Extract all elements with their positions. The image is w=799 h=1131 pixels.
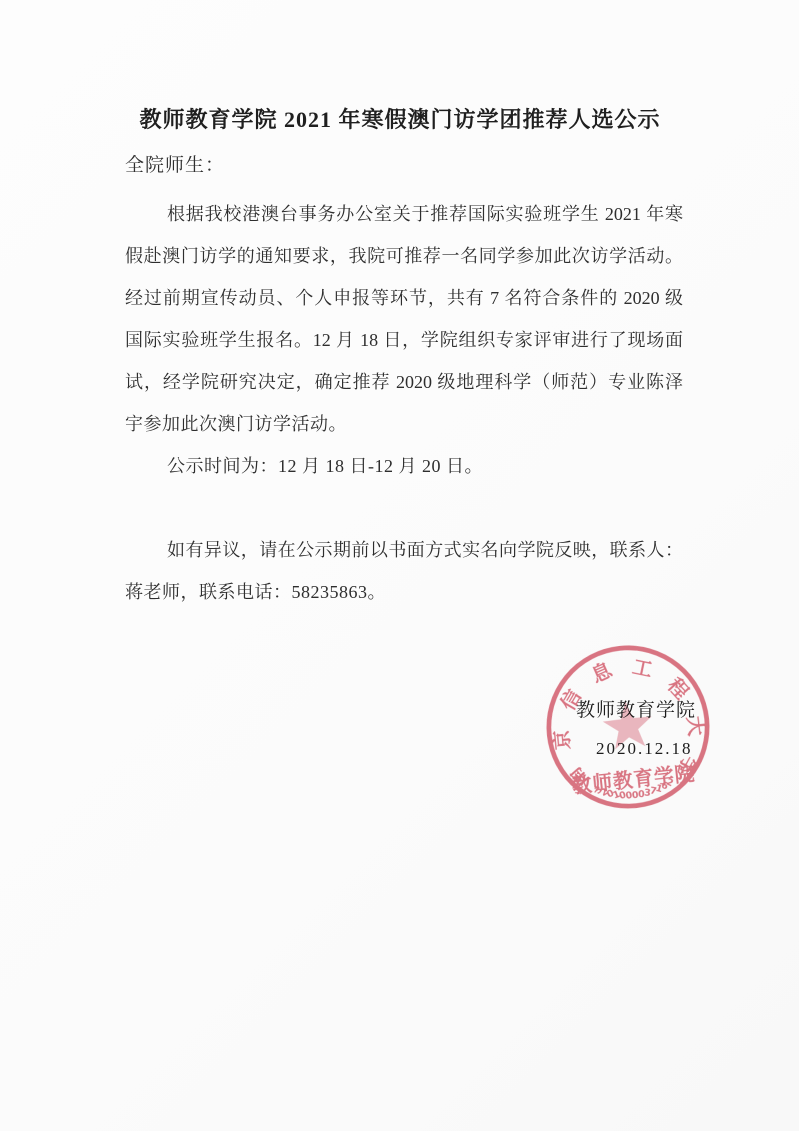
svg-text:0: 0 xyxy=(631,790,639,802)
body-line: 经过前期宣传动员、个人申报等环节，共有 7 名符合条件的 2020 级 xyxy=(125,277,683,319)
official-seal-stamp: 南京信息工程大学 教师教育学院 3201000037162 xyxy=(533,632,722,821)
body-line: 假赴澳门访学的通知要求，我院可推荐一名同学参加此次访学活动。 xyxy=(125,235,683,277)
svg-text:息: 息 xyxy=(588,658,616,687)
svg-text:2: 2 xyxy=(664,777,674,790)
document-title: 教师教育学院 2021 年寒假澳门访学团推荐人选公示 xyxy=(110,103,690,134)
svg-text:1: 1 xyxy=(655,783,664,795)
svg-text:0: 0 xyxy=(605,788,616,801)
body-line: 国际实验班学生报名。12 月 18 日，学院组织专家评审进行了现场面 xyxy=(125,319,683,361)
seal-department-text: 教师教育学院 xyxy=(570,762,696,798)
svg-text:1: 1 xyxy=(612,789,622,802)
body-line: 如有异议，请在公示期前以书面方式实名向学院反映，联系人： xyxy=(125,529,683,571)
body-line: 宇参加此次澳门访学活动。 xyxy=(125,403,683,445)
svg-text:京: 京 xyxy=(550,729,575,751)
svg-text:0: 0 xyxy=(638,789,645,800)
document-body: 根据我校港澳台事务办公室关于推荐国际实验班学生 2021 年寒 假赴澳门访学的通… xyxy=(125,193,683,613)
svg-text:3: 3 xyxy=(644,787,651,798)
seal-serial-number: 3201000037162 xyxy=(593,776,677,805)
signature-date: 2020.12.18 xyxy=(596,739,693,759)
salutation: 全院师生： xyxy=(125,150,225,177)
body-line: 试，经学院研究决定，确定推荐 2020 级地理科学（师范）专业陈泽 xyxy=(125,361,683,403)
svg-text:3: 3 xyxy=(593,784,605,797)
svg-text:0: 0 xyxy=(618,789,628,802)
scanned-notice-page: 教师教育学院 2021 年寒假澳门访学团推荐人选公示 全院师生： 根据我校港澳台… xyxy=(0,0,799,1131)
svg-text:工: 工 xyxy=(630,656,654,682)
body-line: 公示时间为：12 月 18 日-12 月 20 日。 xyxy=(125,445,683,487)
svg-text:南: 南 xyxy=(564,762,594,792)
svg-text:0: 0 xyxy=(625,790,634,802)
svg-text:6: 6 xyxy=(660,780,670,793)
body-line: 蒋老师，联系电话：58235863。 xyxy=(125,571,683,613)
seal-ring xyxy=(541,640,715,814)
body-line: 根据我校港澳台事务办公室关于推荐国际实验班学生 2021 年寒 xyxy=(125,193,683,235)
signature-department: 教师教育学院 xyxy=(576,695,696,722)
svg-text:2: 2 xyxy=(599,786,610,799)
svg-text:7: 7 xyxy=(649,785,657,797)
